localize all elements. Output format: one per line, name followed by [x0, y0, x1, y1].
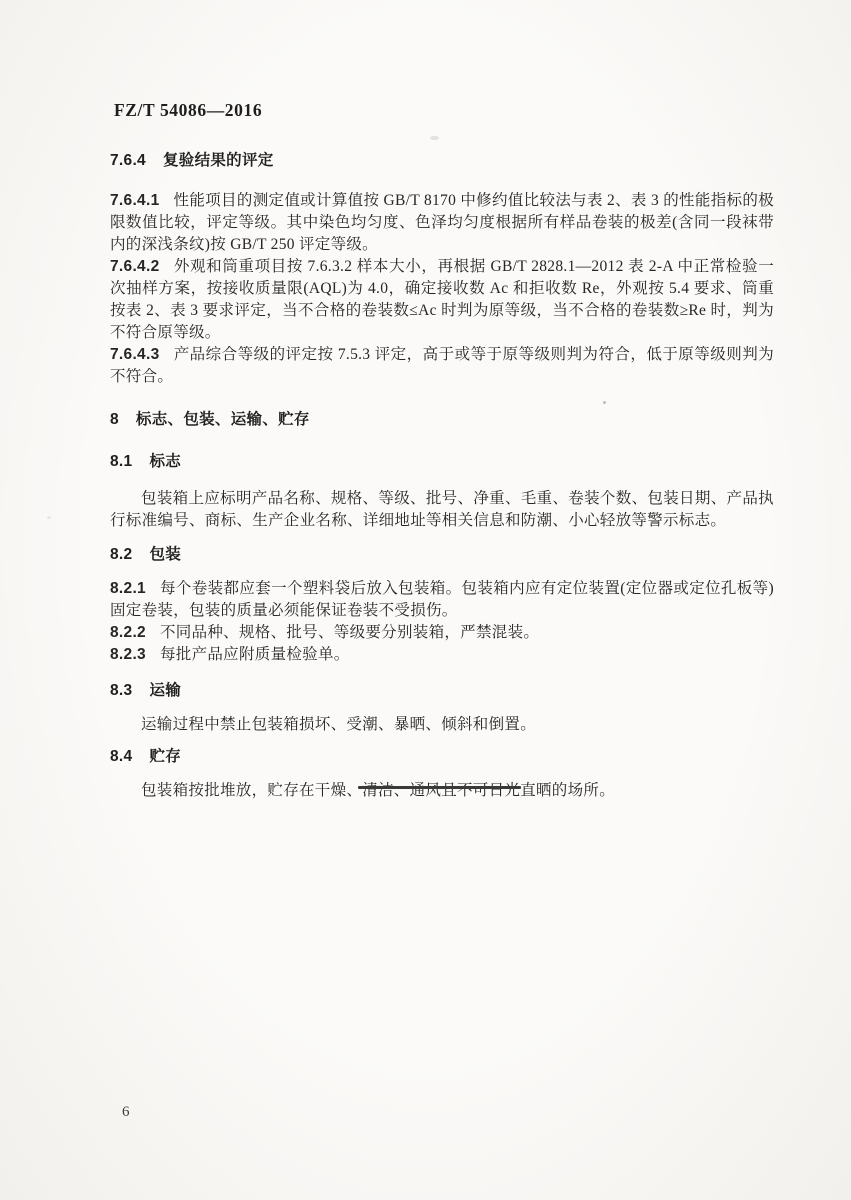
page-number: 6	[122, 1104, 130, 1121]
heading-number: 8.4	[110, 748, 132, 765]
heading-7-6-4: 7.6.4复验结果的评定	[110, 150, 774, 172]
heading-title: 标志、包装、运输、贮存	[136, 411, 310, 428]
clause-text: 每个卷装都应套一个塑料袋后放入包装箱。包装箱内应有定位装置(定位器或定位孔板等)…	[110, 580, 774, 619]
heading-number: 8.3	[110, 682, 132, 699]
heading-8-4: 8.4贮存	[110, 746, 774, 768]
heading-number: 7.6.4	[110, 152, 146, 169]
clause-number: 7.6.4.1	[110, 192, 160, 209]
clause-8-2-2: 8.2.2不同品种、规格、批号、等级要分别装箱，严禁混装。	[110, 622, 774, 644]
clause-number: 8.2.2	[110, 624, 146, 641]
heading-title: 运输	[149, 682, 181, 699]
clause-text: 产品综合等级的评定按 7.5.3 评定，高于或等于原等级则判为符合，低于原等级则…	[110, 346, 774, 385]
scan-speck	[603, 401, 606, 404]
clause-text: 外观和筒重项目按 7.6.3.2 样本大小，再根据 GB/T 2828.1—20…	[110, 258, 774, 341]
standard-number-header: FZ/T 54086—2016	[114, 100, 262, 121]
paragraph-8-3: 运输过程中禁止包装箱损坏、受潮、暴晒、倾斜和倒置。	[110, 714, 774, 736]
clause-text: 每批产品应附质量检验单。	[160, 646, 350, 663]
end-of-text-rule	[358, 786, 521, 789]
clause-number: 7.6.4.2	[110, 258, 160, 275]
clause-7-6-4-2: 7.6.4.2外观和筒重项目按 7.6.3.2 样本大小，再根据 GB/T 28…	[110, 256, 774, 344]
clause-number: 8.2.1	[110, 580, 146, 597]
scan-smudge	[430, 136, 439, 140]
heading-title: 标志	[149, 453, 181, 470]
paragraph-8-4: 包装箱按批堆放，贮存在干燥、清洁、通风且不可日光直晒的场所。	[110, 780, 774, 802]
heading-number: 8.2	[110, 546, 132, 563]
clause-8-2-3: 8.2.3每批产品应附质量检验单。	[110, 644, 774, 666]
clause-number: 7.6.4.3	[110, 346, 160, 363]
heading-8-3: 8.3运输	[110, 680, 774, 702]
heading-title: 复验结果的评定	[163, 152, 274, 169]
scanned-document-page: FZ/T 54086—2016 7.6.4复验结果的评定 7.6.4.1性能项目…	[0, 0, 851, 1200]
scan-speck	[47, 516, 51, 519]
heading-title: 包装	[149, 546, 181, 563]
heading-8-2: 8.2包装	[110, 544, 774, 566]
heading-8-1: 8.1标志	[110, 451, 774, 473]
document-body: 7.6.4复验结果的评定 7.6.4.1性能项目的测定值或计算值按 GB/T 8…	[110, 150, 774, 802]
heading-title: 贮存	[149, 748, 181, 765]
clause-number: 8.2.3	[110, 646, 146, 663]
clause-text: 性能项目的测定值或计算值按 GB/T 8170 中修约值比较法与表 2、表 3 …	[110, 192, 774, 253]
clause-text: 不同品种、规格、批号、等级要分别装箱，严禁混装。	[160, 624, 539, 641]
clause-7-6-4-3: 7.6.4.3产品综合等级的评定按 7.5.3 评定，高于或等于原等级则判为符合…	[110, 344, 774, 388]
heading-8: 8标志、包装、运输、贮存	[110, 409, 774, 431]
clause-7-6-4-1: 7.6.4.1性能项目的测定值或计算值按 GB/T 8170 中修约值比较法与表…	[110, 190, 774, 256]
heading-number: 8	[110, 411, 119, 428]
clause-8-2-1: 8.2.1每个卷装都应套一个塑料袋后放入包装箱。包装箱内应有定位装置(定位器或定…	[110, 578, 774, 622]
heading-number: 8.1	[110, 453, 132, 470]
paragraph-8-1: 包装箱上应标明产品名称、规格、等级、批号、净重、毛重、卷装个数、包装日期、产品执…	[110, 488, 774, 532]
